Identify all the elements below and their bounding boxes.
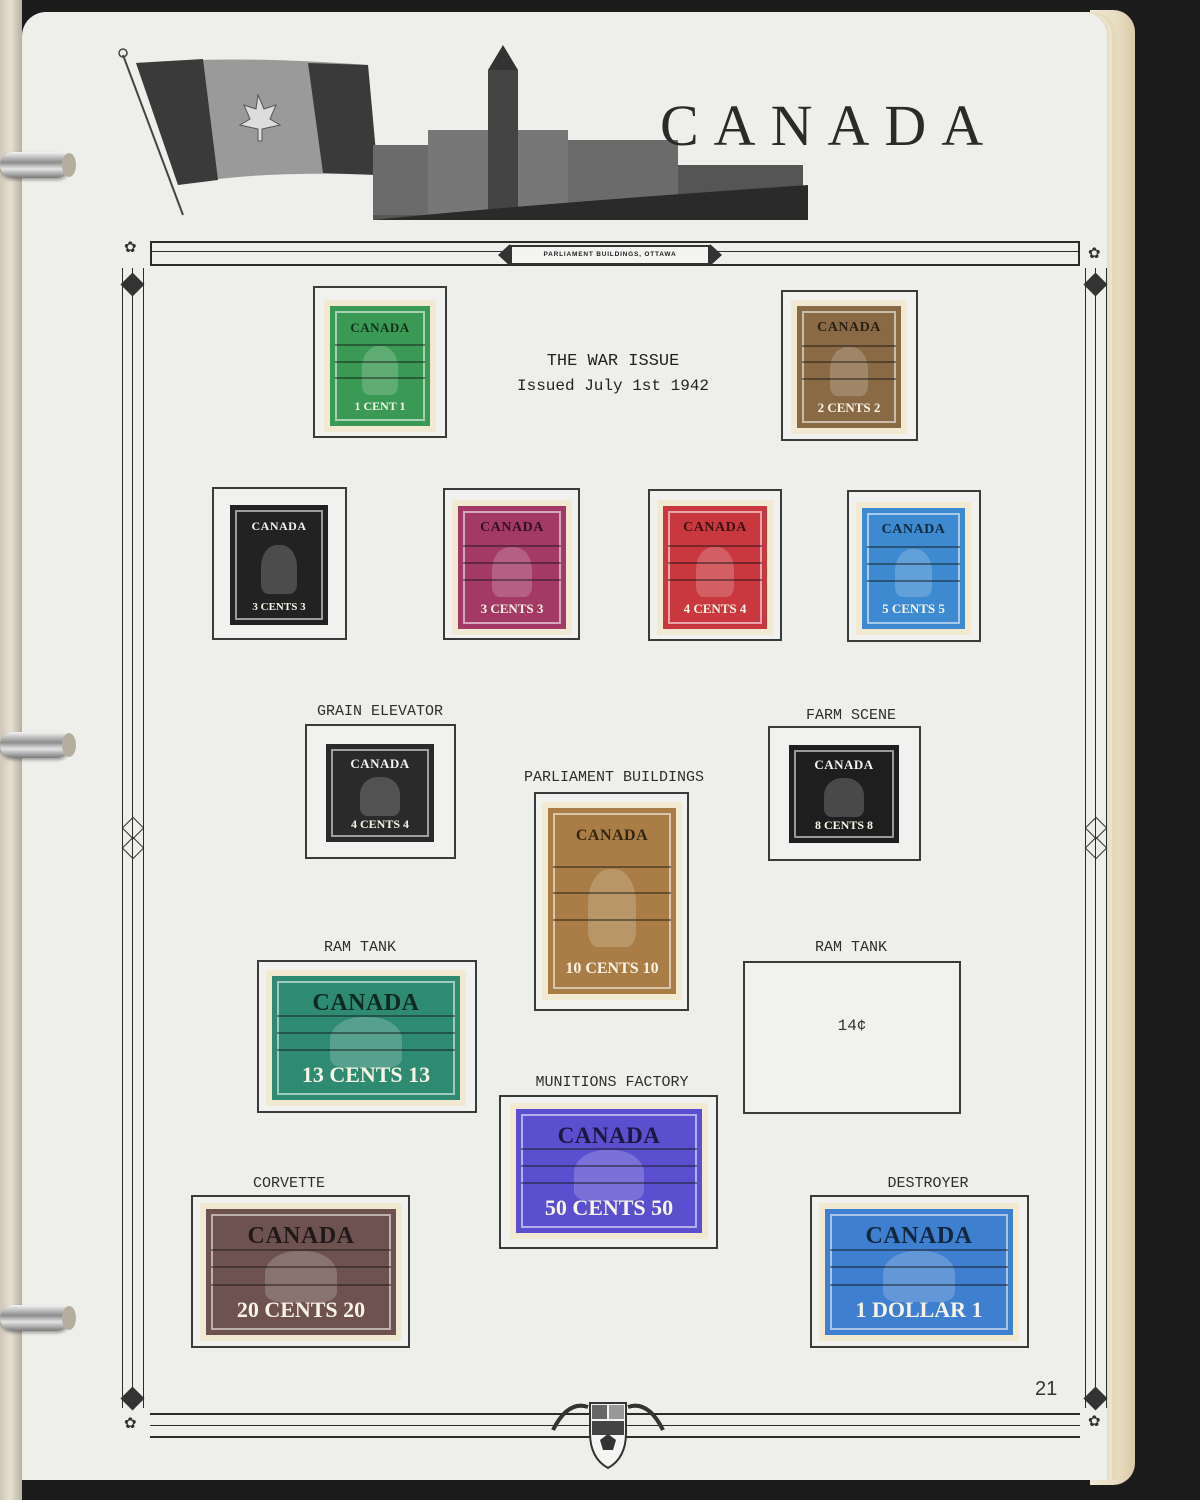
cancellation-mark	[206, 1266, 396, 1268]
cancellation-mark	[206, 1249, 396, 1251]
stamp-country: CANADA	[830, 1223, 1008, 1250]
stamp-vignette-icon	[574, 1150, 644, 1200]
cancellation-mark	[272, 1015, 460, 1017]
stamp-vignette-icon	[830, 347, 868, 396]
cancellation-mark	[458, 545, 566, 547]
caption-grain-elevator: GRAIN ELEVATOR	[317, 703, 443, 720]
border-rule	[1078, 241, 1080, 266]
stamp-10c[interactable]: CANADA10 CENTS 10	[542, 802, 682, 1000]
cancellation-mark	[862, 580, 965, 582]
cancellation-mark	[825, 1284, 1013, 1286]
border-rule	[143, 268, 144, 1408]
stamp-grain-elevator-image[interactable]: CANADA4 CENTS 4	[326, 744, 434, 842]
binder-ring-top	[0, 152, 70, 178]
stamp-face: CANADA1 CENT 1	[330, 306, 430, 426]
stamp-denomination: 8 CENTS 8	[794, 818, 894, 833]
maple-leaf-icon: ✿	[124, 240, 137, 255]
stamp-country: CANADA	[521, 1123, 697, 1149]
caption-parliament-buildings: PARLIAMENT BUILDINGS	[524, 769, 704, 786]
stamp-face: CANADA8 CENTS 8	[789, 745, 899, 843]
cancellation-mark	[663, 545, 767, 547]
section-heading: THE WAR ISSUE	[547, 352, 680, 371]
ring-hole	[62, 733, 76, 757]
stamp-vignette-icon	[261, 545, 296, 593]
stamp-3c-black-image[interactable]: CANADA3 CENTS 3	[230, 505, 328, 625]
empty-slot-value: 14¢	[745, 1017, 959, 1035]
banner-arrow-right-icon	[710, 244, 722, 266]
stamp-vignette-icon	[362, 346, 398, 394]
stamp-2c[interactable]: CANADA2 CENTS 2	[791, 300, 907, 434]
stamp-denomination: 2 CENTS 2	[802, 400, 896, 416]
cancellation-mark	[797, 361, 901, 363]
stamp-country: CANADA	[867, 522, 960, 538]
cancellation-mark	[797, 378, 901, 380]
cancellation-mark	[548, 866, 676, 868]
caption-farm-scene: FARM SCENE	[806, 707, 896, 724]
stamp-denomination: 3 CENTS 3	[463, 601, 561, 617]
stamp-face: CANADA2 CENTS 2	[797, 306, 901, 428]
stamp-denomination: 4 CENTS 4	[331, 817, 429, 832]
caption-corvette: CORVETTE	[253, 1175, 325, 1192]
stamp-vignette-icon	[588, 869, 635, 946]
caption-ram-tank: RAM TANK	[324, 939, 396, 956]
stamp-country: CANADA	[668, 520, 762, 536]
coat-of-arms-icon	[548, 1395, 668, 1470]
stamp-face: CANADA10 CENTS 10	[548, 808, 676, 994]
stamp-face: CANADA4 CENTS 4	[663, 506, 767, 629]
maple-leaf-icon: ✿	[1088, 1414, 1101, 1429]
stamp-denomination: 10 CENTS 10	[553, 960, 671, 978]
page-number: 21	[1035, 1378, 1057, 1401]
cancellation-mark	[330, 344, 430, 346]
ring-hole	[62, 1306, 76, 1330]
stamp-mount-ram-tank-empty[interactable]: 14¢	[743, 961, 961, 1114]
stamp-farm-scene-image[interactable]: CANADA8 CENTS 8	[789, 745, 899, 843]
stamp-denomination: 13 CENTS 13	[277, 1062, 455, 1088]
banner-arrow-left-icon	[498, 244, 510, 266]
stamp-face: CANADA4 CENTS 4	[326, 744, 434, 842]
stamp-face: CANADA50 CENTS 50	[516, 1109, 702, 1233]
stamp-country: CANADA	[211, 1223, 391, 1250]
stamp-vignette-icon	[360, 777, 399, 816]
cancellation-mark	[272, 1049, 460, 1051]
border-rule	[1085, 268, 1086, 1408]
country-title: CANADA	[660, 92, 998, 159]
maple-leaf-icon: ✿	[1088, 246, 1101, 261]
cancellation-mark	[516, 1165, 702, 1167]
cancellation-mark	[458, 562, 566, 564]
caption-ram-tank-empty: RAM TANK	[815, 939, 887, 956]
border-rule	[1106, 268, 1107, 1408]
cancellation-mark	[797, 345, 901, 347]
stamp-vignette-icon	[883, 1251, 954, 1302]
stamp-vignette-icon	[696, 547, 734, 597]
stamp-3c[interactable]: CANADA3 CENTS 3	[452, 500, 572, 635]
stamp-1-dollar[interactable]: CANADA1 DOLLAR 1	[819, 1203, 1019, 1341]
stamp-vignette-icon	[824, 778, 864, 817]
cancellation-mark	[663, 579, 767, 581]
cancellation-mark	[825, 1266, 1013, 1268]
stamp-20c[interactable]: CANADA20 CENTS 20	[200, 1203, 402, 1341]
stamp-face: CANADA5 CENTS 5	[862, 508, 965, 629]
cancellation-mark	[516, 1182, 702, 1184]
stamp-denomination: 1 DOLLAR 1	[830, 1297, 1008, 1323]
stamp-13c[interactable]: CANADA13 CENTS 13	[266, 970, 466, 1106]
stamp-1c[interactable]: CANADA1 CENT 1	[324, 300, 436, 432]
stamp-vignette-icon	[265, 1251, 337, 1302]
stamp-denomination: 50 CENTS 50	[521, 1195, 697, 1221]
border-rule	[150, 241, 1080, 243]
stamp-country: CANADA	[802, 320, 896, 336]
stamp-country: CANADA	[277, 990, 455, 1017]
stamp-face: CANADA3 CENTS 3	[458, 506, 566, 629]
stamp-5c[interactable]: CANADA5 CENTS 5	[856, 502, 971, 635]
cancellation-mark	[206, 1284, 396, 1286]
ring-hole	[62, 153, 76, 177]
border-rule	[122, 268, 123, 1408]
cancellation-mark	[272, 1032, 460, 1034]
binder-ring-bottom	[0, 1305, 70, 1331]
border-rule	[150, 241, 152, 266]
cancellation-mark	[516, 1148, 702, 1150]
stamp-country: CANADA	[463, 520, 561, 536]
stamp-denomination: 20 CENTS 20	[211, 1297, 391, 1323]
stamp-country: CANADA	[553, 827, 671, 845]
stamp-4c[interactable]: CANADA4 CENTS 4	[657, 500, 773, 635]
cancellation-mark	[663, 562, 767, 564]
stamp-face: CANADA1 DOLLAR 1	[825, 1209, 1013, 1335]
stamp-face: CANADA20 CENTS 20	[206, 1209, 396, 1335]
stamp-denomination: 1 CENT 1	[335, 399, 425, 414]
stamp-face: CANADA13 CENTS 13	[272, 976, 460, 1100]
cancellation-mark	[330, 361, 430, 363]
caption-munitions-factory: MUNITIONS FACTORY	[535, 1074, 688, 1091]
stamp-country: CANADA	[335, 320, 425, 336]
cancellation-mark	[825, 1249, 1013, 1251]
stamp-country: CANADA	[794, 757, 894, 773]
cancellation-mark	[330, 377, 430, 379]
stamp-vignette-icon	[492, 547, 531, 597]
caption-destroyer: DESTROYER	[887, 1175, 968, 1192]
stamp-denomination: 5 CENTS 5	[867, 601, 960, 617]
cancellation-mark	[862, 563, 965, 565]
banner-label: PARLIAMENT BUILDINGS, OTTAWA	[510, 245, 710, 265]
stamp-country: CANADA	[331, 756, 429, 772]
stamp-denomination: 4 CENTS 4	[668, 601, 762, 617]
stamp-denomination: 3 CENTS 3	[235, 601, 323, 613]
binder-ring-middle	[0, 732, 70, 758]
stamp-face: CANADA3 CENTS 3	[230, 505, 328, 625]
cancellation-mark	[458, 579, 566, 581]
cancellation-mark	[548, 892, 676, 894]
issue-date: Issued July 1st 1942	[517, 377, 709, 395]
stamp-vignette-icon	[330, 1017, 401, 1067]
stamp-country: CANADA	[235, 519, 323, 534]
maple-leaf-icon: ✿	[124, 1416, 137, 1431]
cancellation-mark	[548, 919, 676, 921]
stamp-50c[interactable]: CANADA50 CENTS 50	[510, 1103, 708, 1239]
cancellation-mark	[862, 546, 965, 548]
stamp-vignette-icon	[895, 549, 932, 598]
